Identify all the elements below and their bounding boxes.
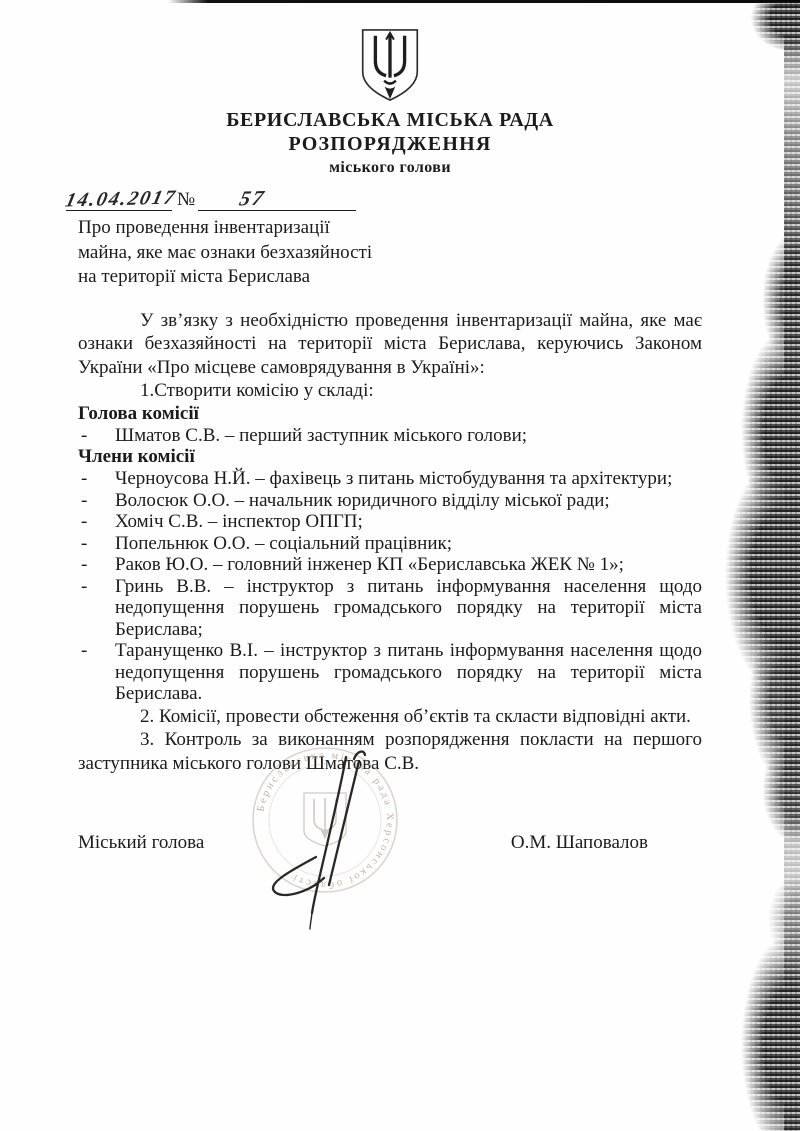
list-dash-marker: - — [81, 511, 87, 533]
list-dash-marker: - — [81, 490, 87, 512]
list-dash-marker: - — [81, 468, 87, 490]
order-item-2: 2. Комісії, провести обстеження об’єктів… — [78, 705, 702, 729]
member-text: Попельнюк О.О. – соціальний працівник; — [115, 533, 452, 554]
member-text: Шматов С.В. – перший заступник міського … — [115, 425, 527, 446]
member-item: - Гринь В.В. – інструктор з питань інфор… — [78, 576, 702, 641]
list-dash-marker: - — [81, 576, 87, 598]
subject-line-3: на території міста Берислава — [78, 266, 310, 287]
member-text: Таранущенко В.І. – інструктор з питань і… — [115, 640, 702, 704]
list-dash-marker: - — [81, 554, 87, 576]
number-field: 57 — [198, 188, 356, 211]
member-text: Гринь В.В. – інструктор з питань інформу… — [115, 576, 702, 640]
round-stamp-icon: Бериславська міська рада Херсонської обл… — [253, 748, 397, 892]
member-text: Хоміч С.В. – інспектор ОПГП; — [115, 511, 363, 532]
member-item: - Волосюк О.О. – начальник юридичного ві… — [78, 490, 702, 512]
document-type-title: РОЗПОРЯДЖЕННЯ — [78, 133, 702, 156]
date-and-number-row: 14.04.2017 № 57 — [78, 185, 702, 211]
subject-line-1: Про проведення інвентаризації — [78, 217, 330, 238]
signer-position: Міський голова — [78, 831, 204, 854]
handwritten-number: 57 — [238, 188, 268, 209]
order-item-1: 1.Створити комісію у складі: — [78, 379, 702, 403]
member-item: - Попельнюк О.О. – соціальний працівник; — [78, 533, 702, 555]
scanned-document-page: БЕРИСЛАВСЬКА МІСЬКА РАДА РОЗПОРЯДЖЕННЯ м… — [0, 0, 800, 1131]
member-text: Черноусова Н.Й. – фахівець з питань міст… — [115, 468, 672, 489]
member-item: - Раков Ю.О. – головний інженер КП «Бери… — [78, 554, 702, 576]
document-content: БЕРИСЛАВСЬКА МІСЬКА РАДА РОЗПОРЯДЖЕННЯ м… — [78, 0, 702, 854]
member-text: Раков Ю.О. – головний інженер КП «Берисл… — [115, 554, 624, 575]
member-item: - Таранущенко В.І. – інструктор з питань… — [78, 640, 702, 705]
scan-artifact-right-edge — [700, 0, 800, 1131]
date-field: 14.04.2017 — [66, 189, 172, 211]
member-text: Волосюк О.О. – начальник юридичного відд… — [115, 490, 610, 511]
signer-name: О.М. Шаповалов — [511, 831, 648, 854]
intro-paragraph: У зв’язку з необхідністю проведення інве… — [78, 309, 702, 380]
handwritten-date: 14.04.2017 — [63, 188, 178, 211]
ink-signature-icon — [273, 752, 365, 929]
official-stamp-and-signature: Бериславська міська рада Херсонської обл… — [228, 735, 428, 930]
subject-block: Про проведення інвентаризації майна, яке… — [78, 216, 702, 290]
ukraine-trident-emblem-icon — [358, 27, 422, 103]
list-dash-marker: - — [81, 533, 87, 555]
subject-line-2: майна, яке має ознаки безхазяйності — [78, 242, 372, 263]
member-item: - Хоміч С.В. – інспектор ОПГП; — [78, 511, 702, 533]
commission-head-item: - Шматов С.В. – перший заступник міськог… — [78, 425, 702, 447]
commission-head-list: - Шматов С.В. – перший заступник міськог… — [78, 425, 702, 447]
list-dash-marker: - — [81, 640, 87, 662]
commission-members-list: - Черноусова Н.Й. – фахівець з питань мі… — [78, 468, 702, 705]
commission-members-label: Члени комісії — [78, 446, 702, 468]
list-dash-marker: - — [81, 425, 87, 447]
commission-head-label: Голова комісії — [78, 403, 702, 425]
document-subtitle: міського голови — [78, 158, 702, 177]
organization-name: БЕРИСЛАВСЬКА МІСЬКА РАДА — [78, 109, 702, 132]
member-item: - Черноусова Н.Й. – фахівець з питань мі… — [78, 468, 702, 490]
